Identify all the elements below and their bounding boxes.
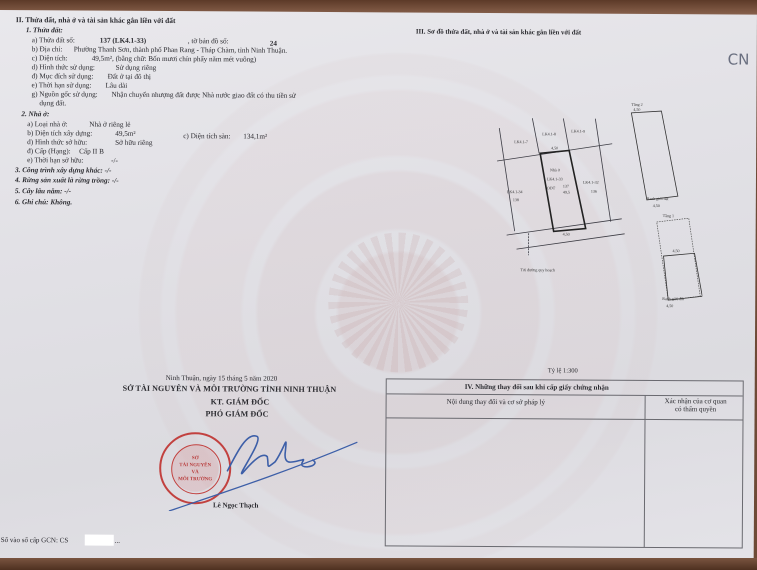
scale-label: Tỷ lệ 1:300 bbox=[548, 366, 578, 375]
changes-column-header: Nội dung thay đổi và cơ sở pháp lý bbox=[447, 398, 545, 407]
usage-term-label: e) Thời hạn sử dụng: bbox=[32, 81, 92, 90]
floor-area-label: c) Diện tích sàn: bbox=[183, 132, 230, 141]
house-title: 2. Nhà ở: bbox=[21, 110, 49, 119]
watermark-star bbox=[328, 232, 469, 373]
build-area-value: 49,5m² bbox=[115, 130, 135, 139]
usage-origin-value-cont: dụng đất. bbox=[39, 99, 66, 108]
parcel-number-label: a) Thửa đất số: bbox=[32, 36, 75, 45]
usage-purpose-value: Đất ở tại đô thị bbox=[108, 73, 151, 82]
svg-text:4,50: 4,50 bbox=[653, 203, 660, 209]
svg-text:4,50: 4,50 bbox=[673, 248, 680, 254]
signatory-name: Lê Ngọc Thạch bbox=[213, 501, 258, 510]
svg-text:4,50: 4,50 bbox=[551, 145, 558, 151]
handwritten-note: CN bbox=[728, 50, 750, 68]
area-label: c) Diện tích: bbox=[32, 54, 68, 63]
ownership-term-value: -/- bbox=[111, 157, 118, 166]
notes: 6. Ghi chú: Không. bbox=[15, 198, 72, 207]
usage-purpose-label: đ) Mục đích sử dụng: bbox=[32, 72, 94, 81]
signature-scribble bbox=[167, 421, 368, 512]
floor-plans-diagram: Tầng 2 4,50 Ranh giới đất 4,50 Tầng 1 4,… bbox=[622, 100, 703, 310]
ownership-term-label: e) Thời hạn sở hữu: bbox=[27, 156, 84, 165]
svg-text:LK4.1-33: LK4.1-33 bbox=[547, 176, 563, 181]
section-2-title: II. Thửa đất, nhà ở và tài sản khác gắn … bbox=[16, 15, 176, 25]
usage-origin-value: Nhận chuyển nhượng đất được Nhà nước gia… bbox=[111, 91, 295, 101]
section-4-title: IV. Những thay đổi sau khi cấp giấy chứn… bbox=[465, 383, 609, 392]
svg-text:Tầng 1: Tầng 1 bbox=[663, 213, 674, 218]
land-title: 1. Thửa đất: bbox=[26, 26, 63, 35]
site-plan-diagram: LK4.1-7 LK4.1-8 LK4.1-9 Nhà ở LK4.1-33 O… bbox=[486, 113, 632, 274]
authority-column-header: Xác nhận của cơ quan có thẩm quyền bbox=[649, 397, 743, 414]
section-3-title: III. Sơ đồ thửa đất, nhà ở và tài sản kh… bbox=[416, 28, 581, 38]
signatory-kt: KT. GIÁM ĐỐC bbox=[211, 397, 270, 406]
svg-text:LK4.1-8: LK4.1-8 bbox=[542, 131, 556, 136]
svg-text:49,5: 49,5 bbox=[563, 189, 570, 195]
svg-text:136: 136 bbox=[591, 189, 597, 194]
usage-term-value: Lâu dài bbox=[106, 82, 128, 91]
usage-form-value: Sử dụng riêng bbox=[116, 64, 157, 73]
svg-text:Nhà ở: Nhà ở bbox=[550, 167, 561, 172]
wood-background-bottom bbox=[0, 558, 757, 570]
signatory-title: PHÓ GIÁM ĐỐC bbox=[206, 409, 269, 418]
parcel-number-value: 137 (LK4.1-33) bbox=[100, 37, 146, 46]
svg-text:4,50: 4,50 bbox=[563, 231, 570, 237]
ownership-form-label: d) Hình thức sở hữu: bbox=[27, 138, 87, 147]
svg-text:LK4.1-9: LK4.1-9 bbox=[571, 128, 585, 133]
ownership-form-value: Sở hữu riêng bbox=[115, 139, 152, 148]
svg-text:Tới đường quy hoạch: Tới đường quy hoạch bbox=[520, 267, 555, 272]
svg-text:LK4.1-32: LK4.1-32 bbox=[583, 180, 599, 185]
land-use-certificate-page: II. Thửa đất, nhà ở và tài sản khác gắn … bbox=[0, 10, 757, 565]
redacted-registry-number bbox=[85, 535, 114, 546]
registry-number-suffix: ... bbox=[115, 537, 120, 546]
grade-label: đ) Cấp (Hạng): bbox=[27, 147, 71, 156]
floor-area-value: 134,1m² bbox=[243, 132, 267, 141]
changes-table: IV. Những thay đổi sau khi cấp giấy chứn… bbox=[385, 378, 744, 548]
svg-text:4,50: 4,50 bbox=[666, 303, 673, 309]
svg-text:137: 137 bbox=[563, 183, 569, 188]
build-area-label: b) Diện tích xây dựng: bbox=[27, 129, 92, 138]
usage-origin-label: g) Nguồn gốc sử dụng: bbox=[31, 90, 97, 99]
production-forest: 4. Rừng sản xuất là rừng trồng: -/- bbox=[15, 176, 119, 186]
svg-text:LK4.1-7: LK4.1-7 bbox=[514, 139, 528, 144]
grade-value: Cấp II B bbox=[79, 147, 104, 156]
usage-form-label: d) Hình thức sử dụng: bbox=[32, 63, 95, 72]
house-type-label: a) Loại nhà ở: bbox=[27, 120, 67, 129]
other-construction: 3. Công trình xây dựng khác: -/- bbox=[15, 166, 111, 176]
perennial-trees: 5. Cây lâu năm: -/- bbox=[15, 187, 71, 196]
place-date: Ninh Thuận, ngày 15 tháng 5 năm 2020 bbox=[166, 374, 278, 384]
house-type-value: Nhà ở riêng lẻ bbox=[89, 121, 130, 130]
svg-text:138: 138 bbox=[513, 197, 519, 202]
registry-number-label: Số vào sổ cấp GCN: CS bbox=[1, 536, 69, 545]
issuing-agency: SỞ TÀI NGUYÊN VÀ MÔI TRƯỜNG TỈNH NINH TH… bbox=[123, 384, 337, 394]
svg-text:ODT: ODT bbox=[547, 185, 556, 190]
svg-text:LK4.1-34: LK4.1-34 bbox=[507, 189, 523, 194]
address-label: b) Địa chỉ: bbox=[32, 45, 63, 54]
map-sheet-label: , tờ bản đồ số: bbox=[188, 37, 229, 46]
